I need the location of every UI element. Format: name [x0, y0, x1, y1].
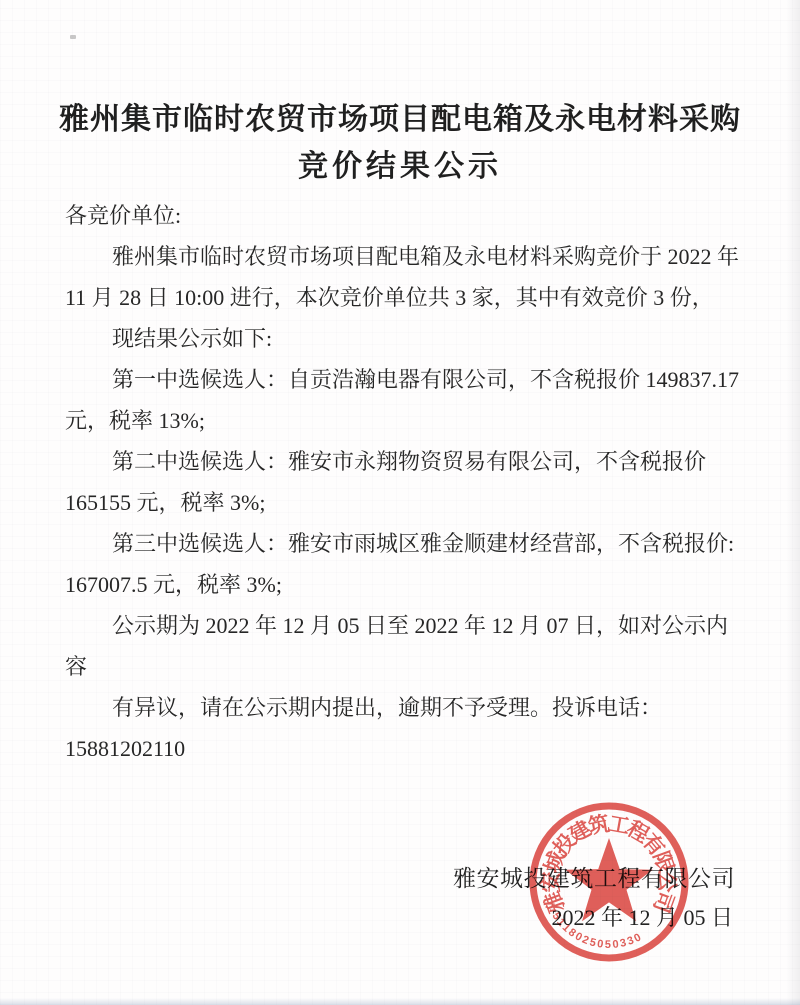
candidate-2-line: 165155 元，税率 3%; [65, 482, 750, 523]
candidate-3-line: 167007.5 元，税率 3%; [65, 564, 750, 605]
official-seal: 雅安城投建筑工程有限公司5118025050330 [519, 792, 699, 972]
scan-edge-bottom [0, 998, 800, 1005]
document-body: 各竞价单位: 雅州集市临时农贸市场项目配电箱及永电材料采购竞价于 2022 年 … [65, 195, 750, 769]
document-title-line1: 雅州集市临时农贸市场项目配电箱及永电材料采购 [55, 96, 745, 143]
publicity-period-line: 容 [65, 646, 750, 687]
seal-serial-number: 5 [605, 939, 611, 951]
document-title: 雅州集市临时农贸市场项目配电箱及永电材料采购 竞价结果公示 [55, 96, 745, 190]
salutation-line: 各竞价单位: [65, 195, 750, 236]
seal-star-icon [565, 838, 652, 921]
objection-line: 有异议，请在公示期内提出，逾期不予受理。投诉电话： [65, 687, 750, 728]
scan-edge-right [786, 0, 800, 1005]
candidate-1-line: 第一中选候选人：自贡浩瀚电器有限公司，不含税报价 149837.17 [65, 359, 750, 400]
scan-speck [70, 35, 76, 39]
candidate-2-line: 第二中选候选人：雅安市永翔物资贸易有限公司，不含税报价 [65, 441, 750, 482]
document-title-line2: 竞价结果公示 [55, 143, 745, 190]
seal-serial-number: 0 [612, 938, 619, 951]
publicity-period-line: 公示期为 2022 年 12 月 05 日至 2022 年 12 月 07 日，… [65, 605, 750, 646]
candidate-1-line: 元，税率 13%; [65, 400, 750, 441]
body-line: 雅州集市临时农贸市场项目配电箱及永电材料采购竞价于 2022 年 [65, 236, 750, 277]
complaint-phone: 15881202110 [65, 728, 750, 769]
body-line: 11 月 28 日 10:00 进行，本次竞价单位共 3 家，其中有效竞价 3 … [65, 277, 750, 318]
scanned-announcement-page: { "document": { "title_line1": "雅州集市临时农贸… [0, 0, 800, 1005]
candidate-3-line: 第三中选候选人：雅安市雨城区雅金顺建材经营部，不含税报价: [65, 523, 750, 564]
seal-serial-number: 0 [596, 938, 604, 951]
body-line: 现结果公示如下: [65, 318, 750, 359]
